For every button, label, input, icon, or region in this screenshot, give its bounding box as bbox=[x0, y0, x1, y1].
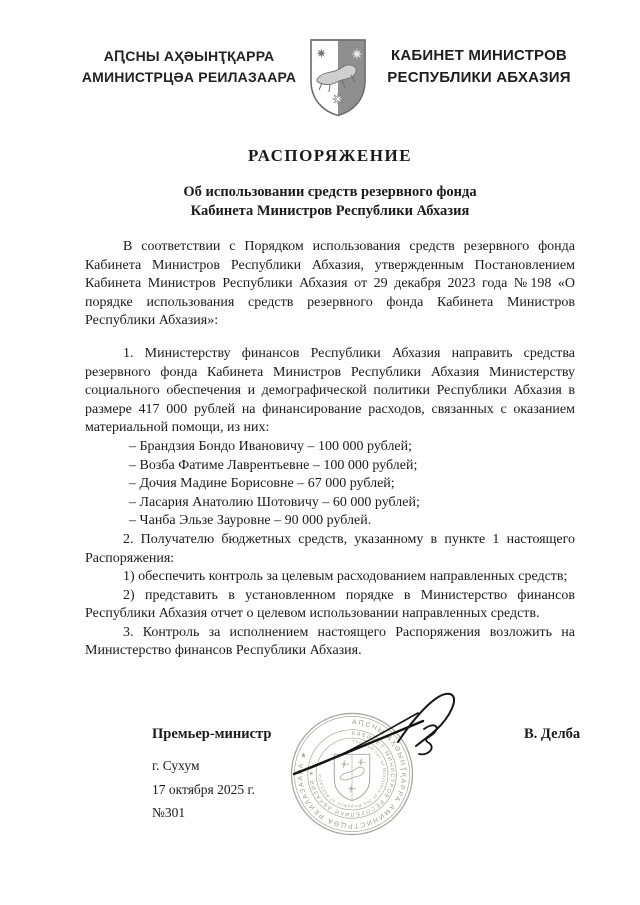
paragraph-item2-sub2: 2) представить в установленном порядке в… bbox=[85, 587, 575, 624]
allocation-row: – Чанба Эльзе Зауровне – 90 000 рублей. bbox=[85, 512, 575, 531]
document-subject: Об использовании средств резервного фонд… bbox=[85, 183, 575, 221]
signatory-title: Премьер-министр bbox=[152, 726, 271, 743]
paragraph-intro: В соответствии с Порядком использования … bbox=[85, 238, 575, 331]
coat-of-arms-icon bbox=[306, 37, 370, 119]
org-name-abkhaz-line2: АМИНИСТРЦӘА РЕИЛАЗААРА bbox=[66, 67, 312, 88]
org-name-abkhaz: АԤСНЫ АҲӘЫНҬҚАРРА АМИНИСТРЦӘА РЕИЛАЗААРА bbox=[66, 46, 312, 88]
allocation-row: – Ласария Анатолию Шотовичу – 60 000 руб… bbox=[85, 494, 575, 513]
signatory-name: В. Делба bbox=[524, 726, 580, 743]
signature-scribble-icon bbox=[280, 685, 475, 795]
document-page: АԤСНЫ АҲӘЫНҬҚАРРА АМИНИСТРЦӘА РЕИЛАЗААРА… bbox=[0, 0, 640, 905]
document-body: В соответствии с Порядком использования … bbox=[85, 238, 575, 661]
signature-date: 17 октября 2025 г. bbox=[152, 782, 255, 798]
org-name-russian: КАБИНЕТ МИНИСТРОВ РЕСПУБЛИКИ АБХАЗИЯ bbox=[386, 45, 572, 89]
document-type-title: РАСПОРЯЖЕНИЕ bbox=[85, 146, 575, 166]
allocation-row: – Дочия Мадине Борисовне – 67 000 рублей… bbox=[85, 475, 575, 494]
paragraph-item1: 1. Министерству финансов Республики Абха… bbox=[85, 345, 575, 438]
paragraph-item2-sub1: 1) обеспечить контроль за целевым расход… bbox=[85, 568, 575, 587]
allocation-row: – Брандзия Бондо Ивановичу – 100 000 руб… bbox=[85, 438, 575, 457]
document-subject-line1: Об использовании средств резервного фонд… bbox=[85, 183, 575, 202]
signature-place: г. Сухум bbox=[152, 758, 200, 774]
org-name-russian-line1: КАБИНЕТ МИНИСТРОВ bbox=[386, 45, 572, 67]
paragraph-item3: 3. Контроль за исполнением настоящего Ра… bbox=[85, 624, 575, 661]
org-name-abkhaz-line1: АԤСНЫ АҲӘЫНҬҚАРРА bbox=[66, 46, 312, 67]
allocation-row: – Возба Фатиме Лаврентьевне – 100 000 ру… bbox=[85, 457, 575, 476]
paragraph-item2: 2. Получателю бюджетных средств, указанн… bbox=[85, 531, 575, 568]
org-name-russian-line2: РЕСПУБЛИКИ АБХАЗИЯ bbox=[386, 67, 572, 89]
document-number: №301 bbox=[152, 805, 185, 821]
document-subject-line2: Кабинета Министров Республики Абхазия bbox=[85, 202, 575, 221]
